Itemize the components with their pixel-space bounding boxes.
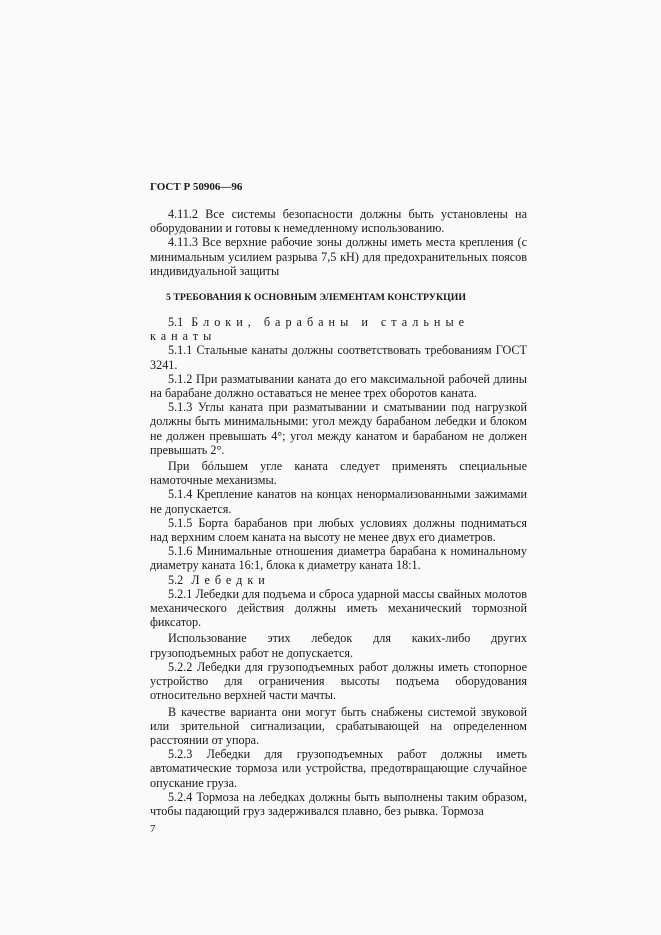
paragraph-5-1-6: 5.1.6 Минимальные отношения диаметра бар… [150, 544, 527, 572]
page-number: 7 [150, 822, 527, 836]
paragraph-5-1-4: 5.1.4 Крепление канатов на концах ненорм… [150, 487, 527, 515]
paragraph-5-1-3: 5.1.3 Углы каната при разматывании и сма… [150, 400, 527, 457]
paragraph-5-2-2: 5.2.2 Лебедки для грузоподъемных работ д… [150, 660, 527, 703]
paragraph-5-1-2: 5.1.2 При разматывании каната до его мак… [150, 372, 527, 400]
paragraph-4-11-2: 4.11.2 Все системы безопасности должны б… [150, 207, 527, 235]
subsection-heading-5-2: 5.2 Лебедки [150, 573, 527, 587]
paragraph-5-2-2-note: В качестве варианта они могут быть снабж… [150, 705, 527, 748]
subsection-title: Блоки, барабаны и стальные канаты [150, 315, 469, 343]
paragraph-5-1-1: 5.1.1 Стальные канаты должны соответство… [150, 343, 527, 371]
paragraph-5-2-1: 5.2.1 Лебедки для подъема и сброса ударн… [150, 587, 527, 630]
paragraph-4-11-3: 4.11.3 Все верхние рабочие зоны должны и… [150, 235, 527, 278]
subsection-number: 5.2 [168, 573, 183, 587]
subsection-heading-5-1: 5.1 Блоки, барабаны и стальные канаты [150, 315, 527, 343]
paragraph-5-1-3-note: При бóльшем угле каната следует применят… [150, 459, 527, 487]
section-title: 5 ТРЕБОВАНИЯ К ОСНОВНЫМ ЭЛЕМЕНТАМ КОНСТР… [150, 291, 527, 305]
document-id: ГОСТ Р 50906—96 [150, 180, 527, 194]
document-page: ГОСТ Р 50906—96 4.11.2 Все системы безоп… [150, 180, 527, 836]
subsection-number: 5.1 [168, 315, 183, 329]
paragraph-5-1-5: 5.1.5 Борта барабанов при любых условиях… [150, 516, 527, 544]
subsection-title: Лебедки [191, 573, 270, 587]
paragraph-5-2-4: 5.2.4 Тормоза на лебедках должны быть вы… [150, 790, 527, 818]
paragraph-5-2-1-note: Использование этих лебедок для каких-либ… [150, 631, 527, 659]
paragraph-5-2-3: 5.2.3 Лебедки для грузоподъемных работ д… [150, 747, 527, 790]
